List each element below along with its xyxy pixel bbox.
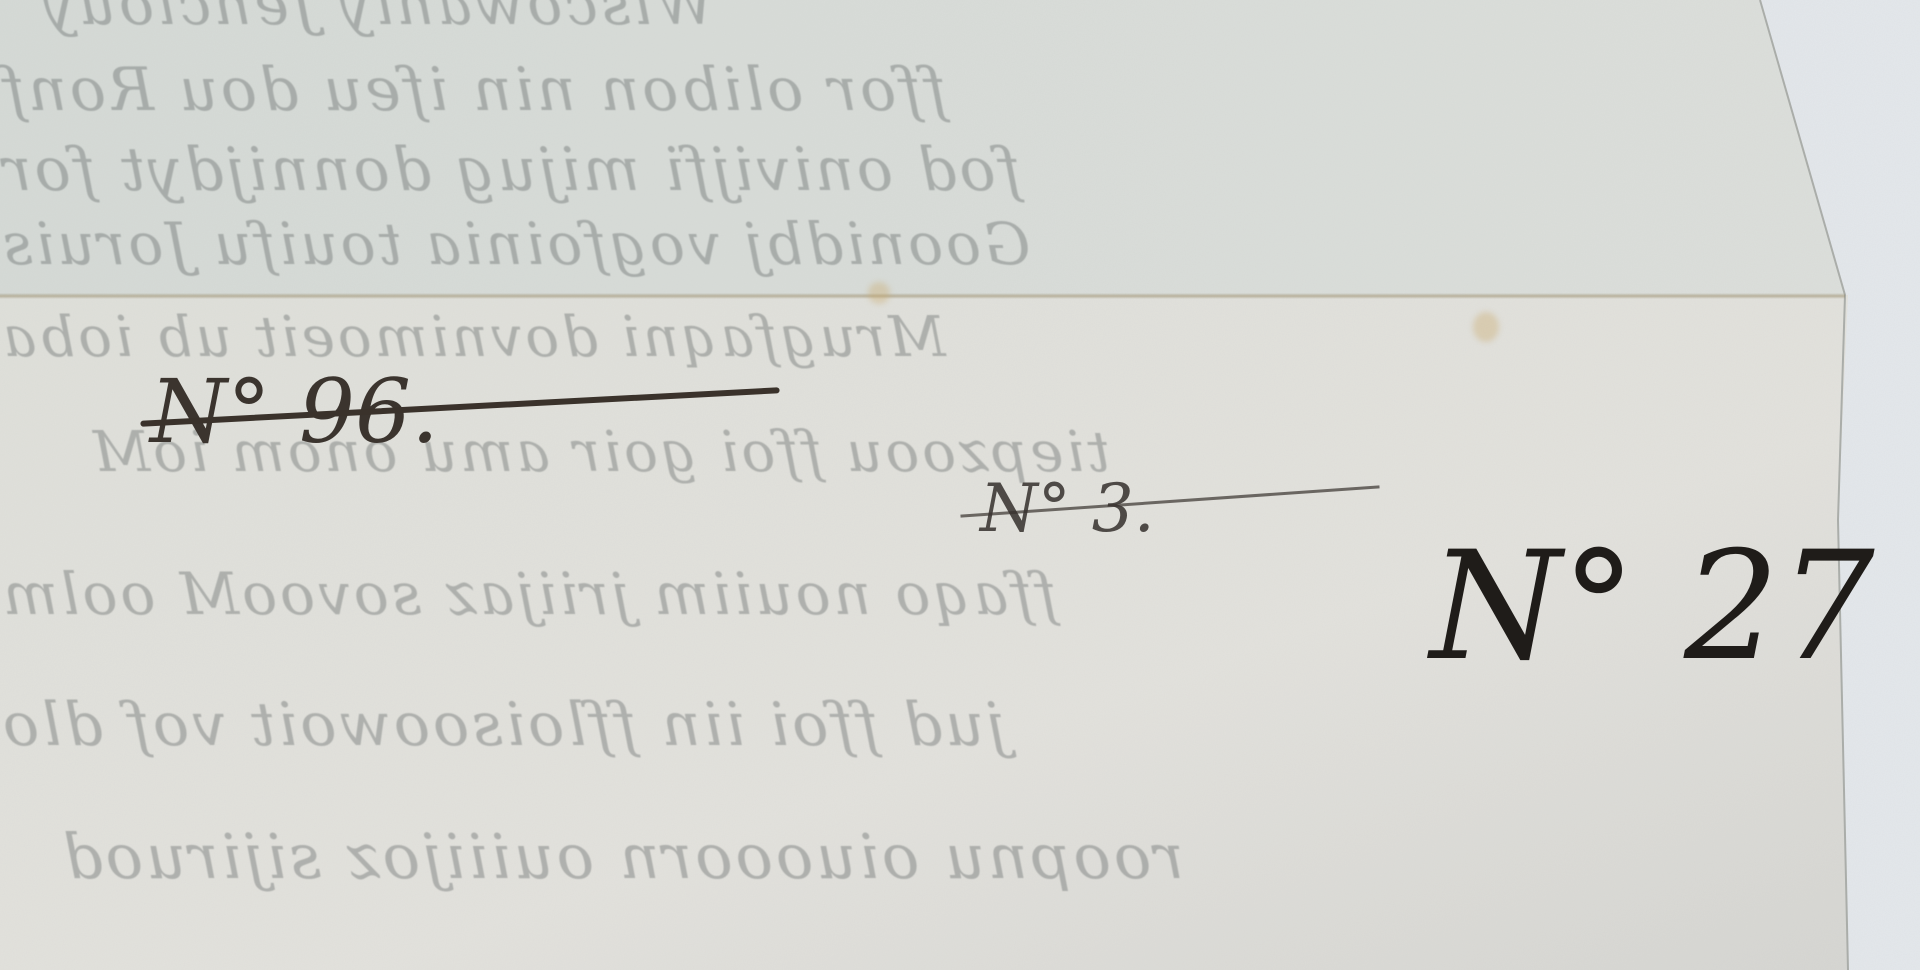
stain [868, 282, 890, 304]
bleed-through-line: jud ffoi iin ffloisoowoit vof dlo [0, 690, 1005, 760]
bleed-through-line: ffor olibon nin ifeu dou Ronf [0, 55, 947, 125]
fold-crease [0, 293, 1845, 299]
bleed-through-line: Goonidbj vogfoinia touifu Joruis [0, 210, 1030, 278]
bleed-through-line: Mrugfaqni dovnimoeit ub ioba [0, 305, 946, 370]
shelfmark-current-text: N° 27 [1430, 520, 1875, 694]
bleed-through-line: fod onivijfi mijug donnijdyt for [0, 135, 1021, 205]
bleed-through-line: Wiscowaniy Jenciouy [40, 0, 714, 38]
shelfmark-current: N° 27 [1430, 520, 1875, 694]
shelfmark-middle: N° 3. [980, 470, 1155, 547]
shelfmark-old: N° 96. [150, 360, 439, 463]
stain [1473, 312, 1499, 342]
bleed-through-line: ffaqo nouiim jriijaz sovooM oolm [0, 560, 1057, 628]
parchment-sheet: Wiscowaniy Jenciouy ffor olibon nin ifeu… [0, 0, 1920, 970]
bleed-through-line: roopnu oiuooorn ouiiijoz sijiruod [60, 820, 1184, 893]
